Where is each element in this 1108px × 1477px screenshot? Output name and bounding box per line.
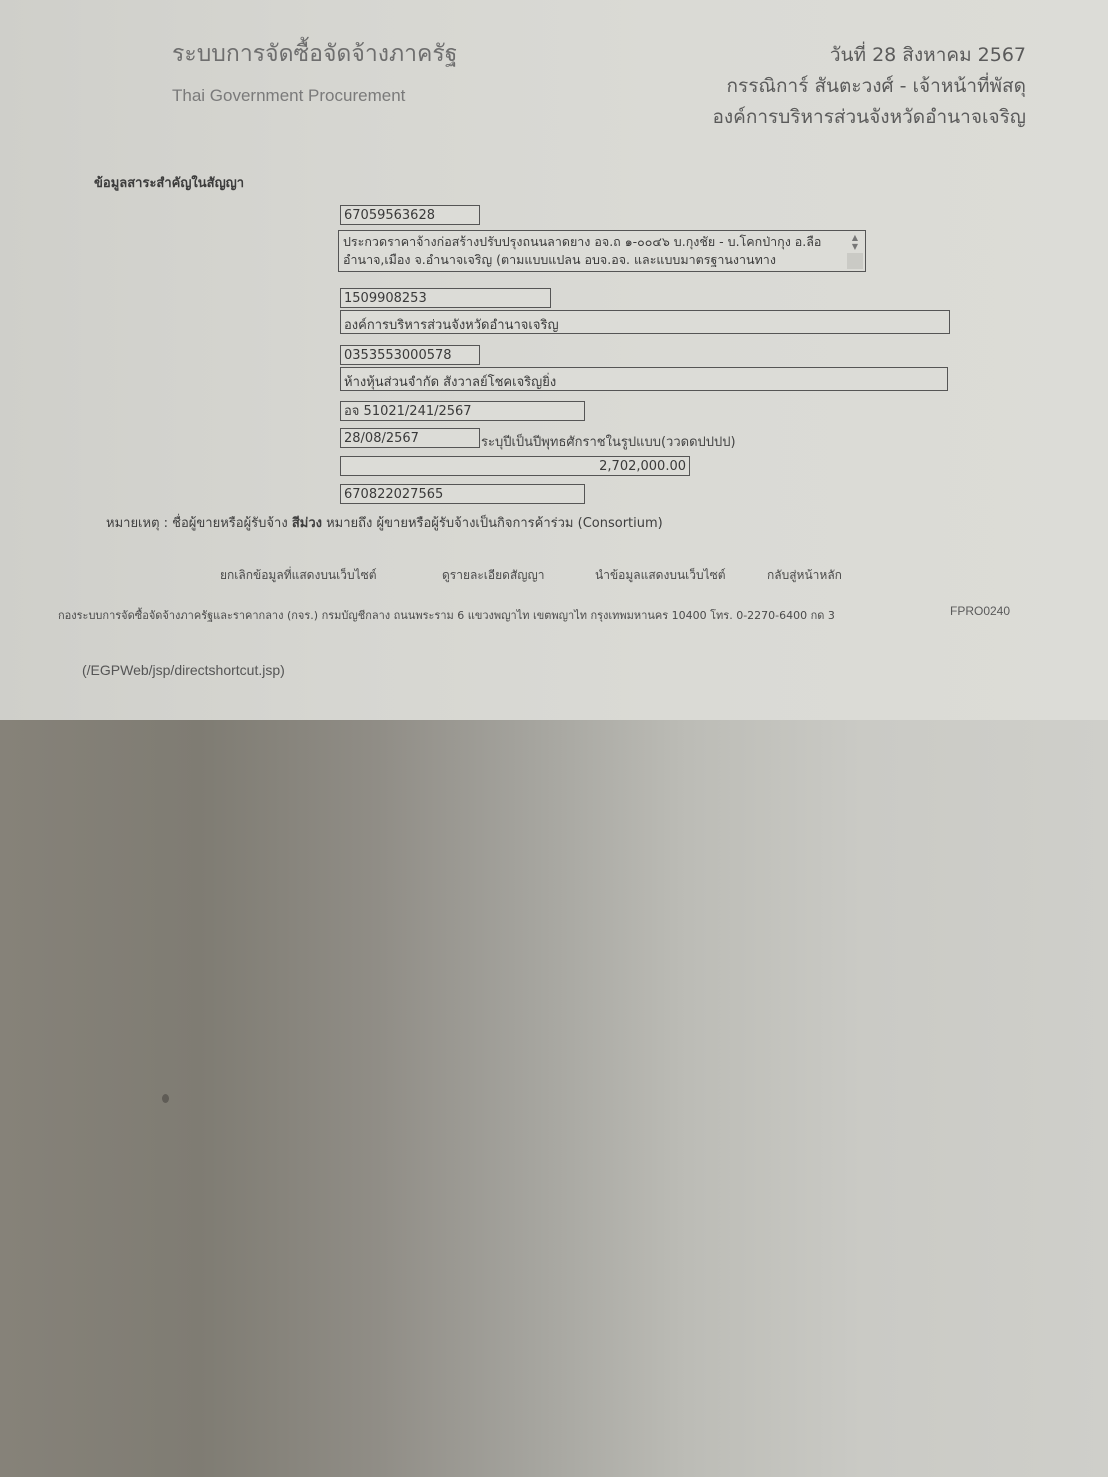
page-url: (/EGPWeb/jsp/directshortcut.jsp) [82,662,285,678]
page-shadow-area [0,690,1108,1477]
bidder-name-field[interactable]: ห้างหุ้นส่วนจำกัด สังวาลย์โชคเจริญยิ่ง [340,367,948,391]
scroll-down-icon[interactable]: ▼ [847,242,863,251]
project-name-text: ประกวดราคาจ้างก่อสร้างปรับปรุงถนนลาดยาง … [343,234,821,267]
view-contract-details-link[interactable]: ดูรายละเอียดสัญญา [442,566,544,585]
project-name-textarea[interactable]: ประกวดราคาจ้างก่อสร้างปรับปรุงถนนลาดยาง … [338,230,866,272]
agency-name-field[interactable]: องค์การบริหารส่วนจังหวัดอำนาจเจริญ [340,310,950,334]
amount-field[interactable]: 2,702,000.00 [340,456,690,476]
system-subtitle: Thai Government Procurement [172,86,405,106]
section-title: ข้อมูลสาระสำคัญในสัญญา [94,172,244,193]
footer-address: กองระบบการจัดซื้อจัดจ้างภาครัฐและราคากลา… [58,606,835,624]
print-date: วันที่ 28 สิงหาคม 2567 [712,40,1026,71]
header-info: วันที่ 28 สิงหาคม 2567 กรรณิการ์ สันตะวง… [712,40,1026,133]
egp-control-no-field[interactable]: 670822027565 [340,484,585,504]
back-to-home-link[interactable]: กลับสู่หน้าหลัก [767,566,842,585]
form-code: FPRO0240 [950,604,1010,618]
publish-to-website-link[interactable]: นำข้อมูลแสดงบนเว็บไซต์ [595,566,726,585]
user-name: กรรณิการ์ สันตะวงศ์ - เจ้าหน้าที่พัสดุ [712,71,1026,102]
note-prefix: หมายเหตุ : ชื่อผู้ขายหรือผู้รับจ้าง [106,516,292,531]
note-suffix: หมายถึง ผู้ขายหรือผู้รับจ้างเป็นกิจการค้… [322,516,663,531]
system-title: ระบบการจัดซื้อจัดจ้างภาครัฐ [172,36,457,72]
contract-no-field[interactable]: อจ 51021/241/2567 [340,401,585,421]
scroll-thumb[interactable] [847,253,863,269]
note-emphasis: สีม่วง [292,516,322,531]
consortium-note: หมายเหตุ : ชื่อผู้ขายหรือผู้รับจ้าง สีม่… [106,512,663,533]
agency-code-field[interactable]: 1509908253 [340,288,551,308]
cancel-display-link[interactable]: ยกเลิกข้อมูลที่แสดงบนเว็บไซต์ [220,566,377,585]
tax-id-field[interactable]: 0353553000578 [340,345,480,365]
organization-name: องค์การบริหารส่วนจังหวัดอำนาจเจริญ [712,102,1026,133]
date-format-hint: ระบุปีเป็นปีพุทธศักราชในรูปแบบ(ววดดปปปป) [481,431,736,452]
contract-date-field[interactable]: 28/08/2567 [340,428,480,448]
paper-speck [162,1094,169,1103]
scroll-up-icon[interactable]: ▲ [847,233,863,242]
textarea-scrollbar[interactable]: ▲ ▼ [847,233,863,269]
project-no-field[interactable]: 67059563628 [340,205,480,225]
